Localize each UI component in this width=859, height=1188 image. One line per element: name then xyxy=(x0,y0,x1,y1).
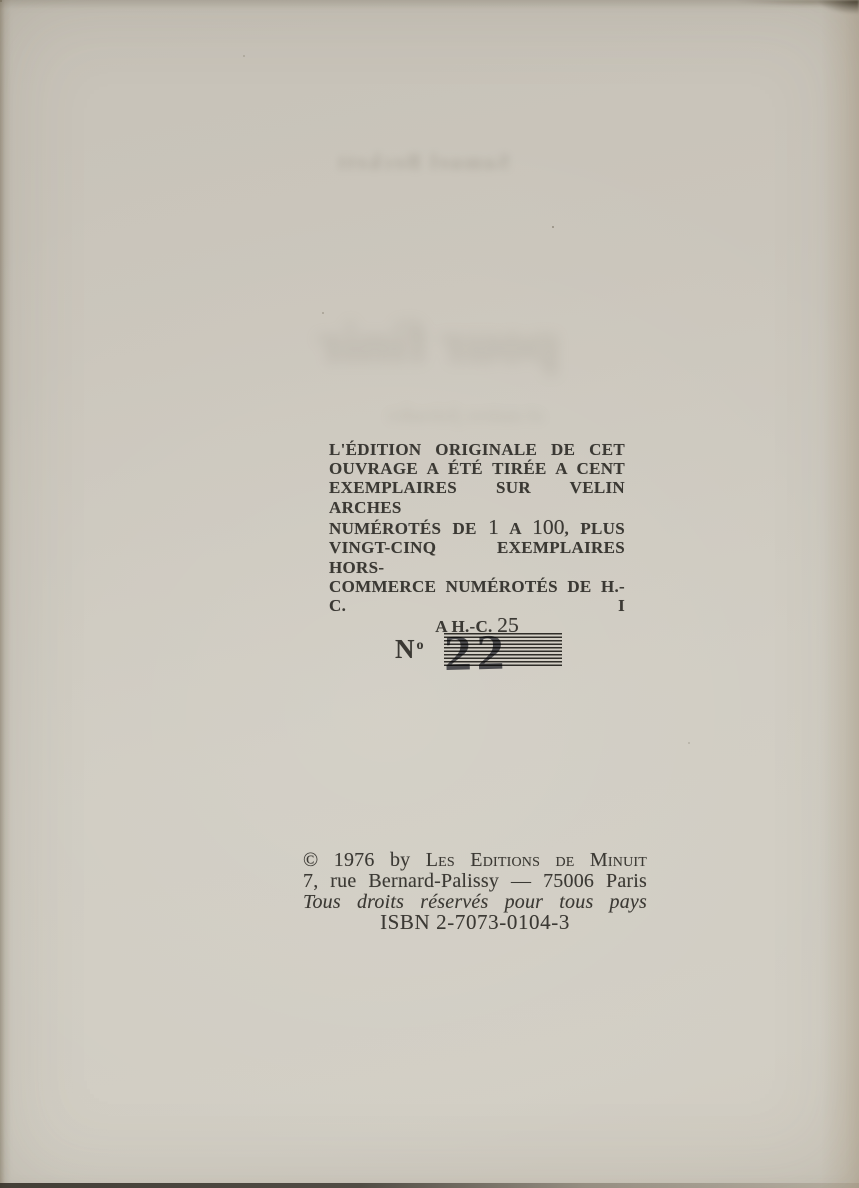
page-right-edge xyxy=(821,0,859,1188)
copyright-line: © 1976 by Les Editions de Minuit xyxy=(303,850,647,871)
copyright-prefix: © 1976 by xyxy=(303,849,410,871)
limitation-line: COMMERCE NUMÉROTÉS DE H.-C. I xyxy=(329,577,625,615)
limitation-line: VINGT-CINQ EXEMPLAIRES HORS- xyxy=(329,538,625,576)
limitation-line: NUMÉROTÉS DE 1 A 100, PLUS xyxy=(329,517,625,539)
limitation-line: EXEMPLAIRES SUR VELIN ARCHES xyxy=(329,478,625,516)
book-page-photo: Samuel Beckett pour finir et autres foir… xyxy=(0,0,859,1188)
copy-number-ordinal: o xyxy=(417,638,424,653)
page-left-edge xyxy=(0,0,11,1188)
limitation-line: OUVRAGE A ÉTÉ TIRÉE A CENT xyxy=(329,459,625,478)
rights-statement: Tous droits réservés pour tous pays xyxy=(303,892,647,913)
page-bottom-edge xyxy=(0,1183,859,1188)
showthrough-title-text: pour finir xyxy=(288,314,588,372)
limitation-notice: L'ÉDITION ORIGINALE DE CET OUVRAGE A ÉTÉ… xyxy=(329,440,625,637)
copy-number-label: No xyxy=(395,636,424,663)
publisher-name: Les Editions de Minuit xyxy=(426,849,647,871)
showthrough-subtitle-text: et autres foirades xyxy=(345,402,585,428)
limitation-line: L'ÉDITION ORIGINALE DE CET xyxy=(329,440,625,459)
copy-number-n: N xyxy=(395,634,415,664)
publisher-address: 7, rue Bernard-Palissy — 75006 Paris xyxy=(303,871,647,892)
copy-number-stamp: 22 xyxy=(443,626,509,678)
photo-corner-shadow xyxy=(709,0,859,28)
showthrough-author-text: Samuel Beckett xyxy=(333,149,513,175)
isbn: ISBN 2-7073-0104-3 xyxy=(303,912,647,933)
copyright-block: © 1976 by Les Editions de Minuit 7, rue … xyxy=(303,850,647,933)
